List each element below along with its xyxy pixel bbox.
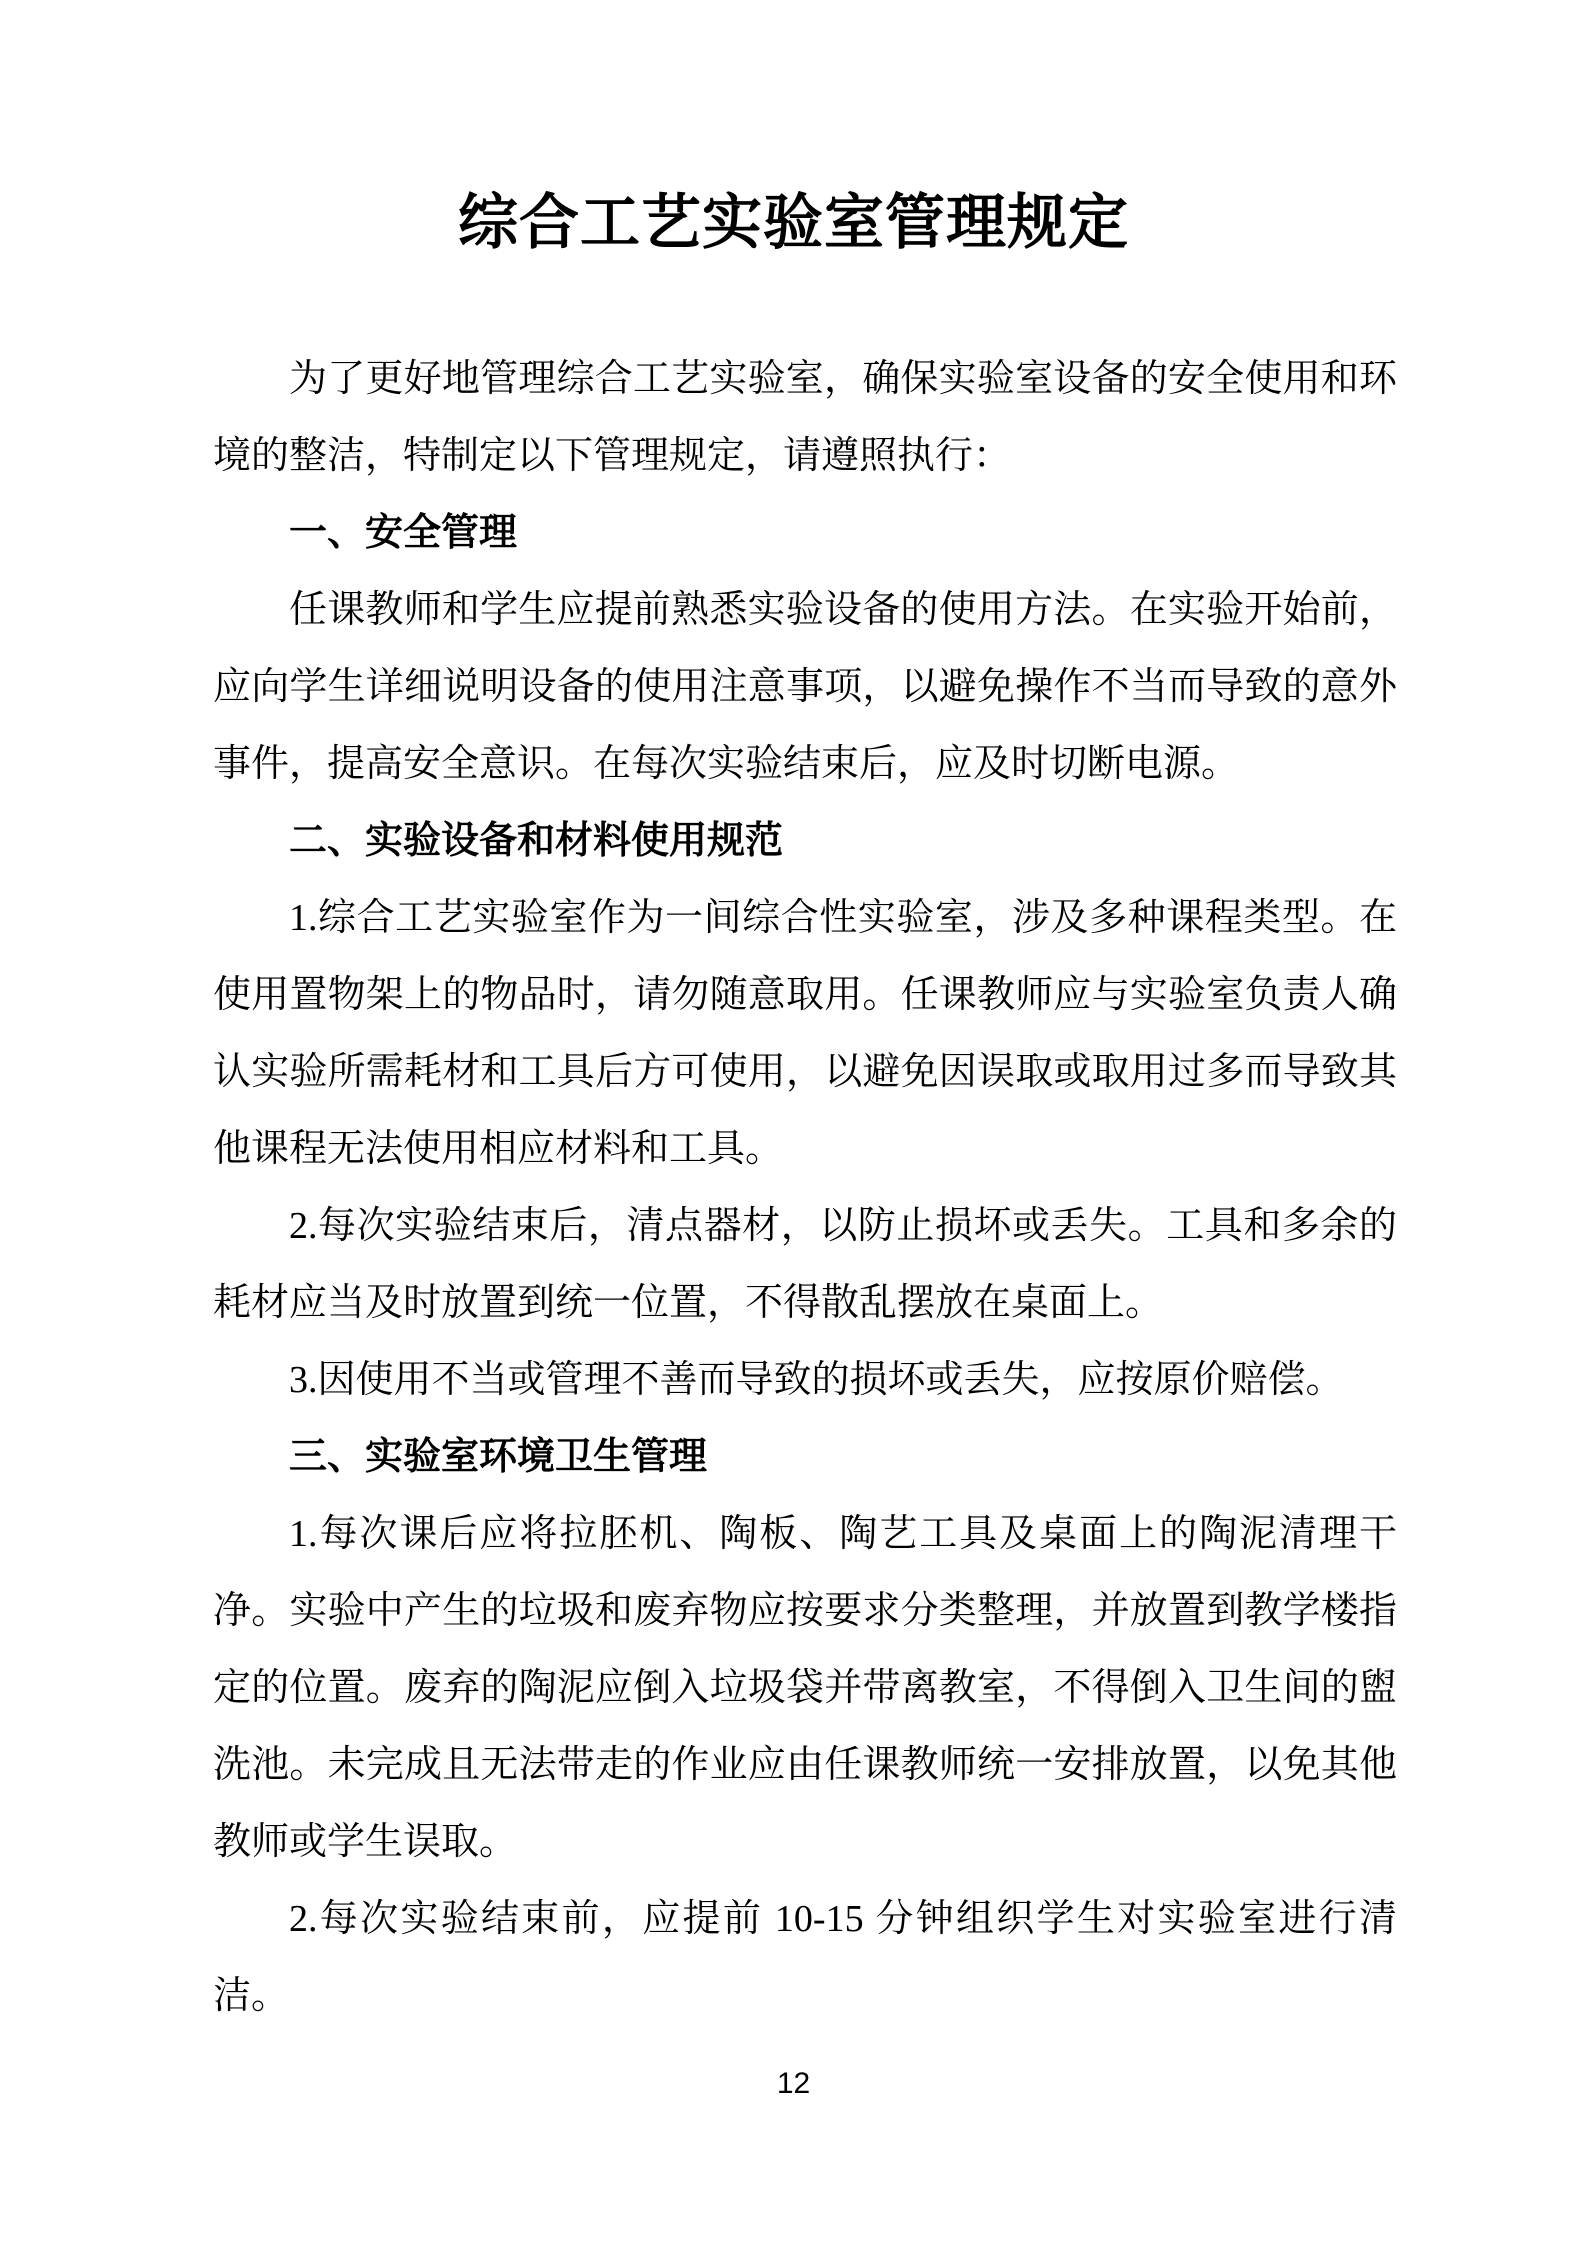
section-heading: 三、实验室环境卫生管理 (213, 1419, 1397, 1496)
body-paragraph: 任课教师和学生应提前熟悉实验设备的使用方法。在实验开始前，应向学生详细说明设备的… (213, 572, 1397, 803)
body-paragraph: 3.因使用不当或管理不善而导致的损坏或丢失，应按原价赔偿。 (213, 1342, 1397, 1419)
body-paragraph: 1.综合工艺实验室作为一间综合性实验室，涉及多种课程类型。在使用置物架上的物品时… (213, 880, 1397, 1188)
section-heading: 一、安全管理 (213, 495, 1397, 572)
body-paragraph: 1.每次课后应将拉胚机、陶板、陶艺工具及桌面上的陶泥清理干净。实验中产生的垃圾和… (213, 1496, 1397, 1881)
page-number: 12 (0, 2066, 1587, 2102)
document-body: 为了更好地管理综合工艺实验室，确保实验室设备的安全使用和环境的整洁，特制定以下管… (213, 341, 1397, 2035)
document-page: 综合工艺实验室管理规定 为了更好地管理综合工艺实验室，确保实验室设备的安全使用和… (0, 0, 1587, 2245)
body-paragraph: 2.每次实验结束后，清点器材，以防止损坏或丢失。工具和多余的耗材应当及时放置到统… (213, 1188, 1397, 1342)
section-heading: 二、实验设备和材料使用规范 (213, 803, 1397, 880)
page-title: 综合工艺实验室管理规定 (0, 0, 1587, 258)
body-paragraph: 2.每次实验结束前，应提前 10-15 分钟组织学生对实验室进行清洁。 (213, 1881, 1397, 2035)
body-paragraph: 为了更好地管理综合工艺实验室，确保实验室设备的安全使用和环境的整洁，特制定以下管… (213, 341, 1397, 495)
